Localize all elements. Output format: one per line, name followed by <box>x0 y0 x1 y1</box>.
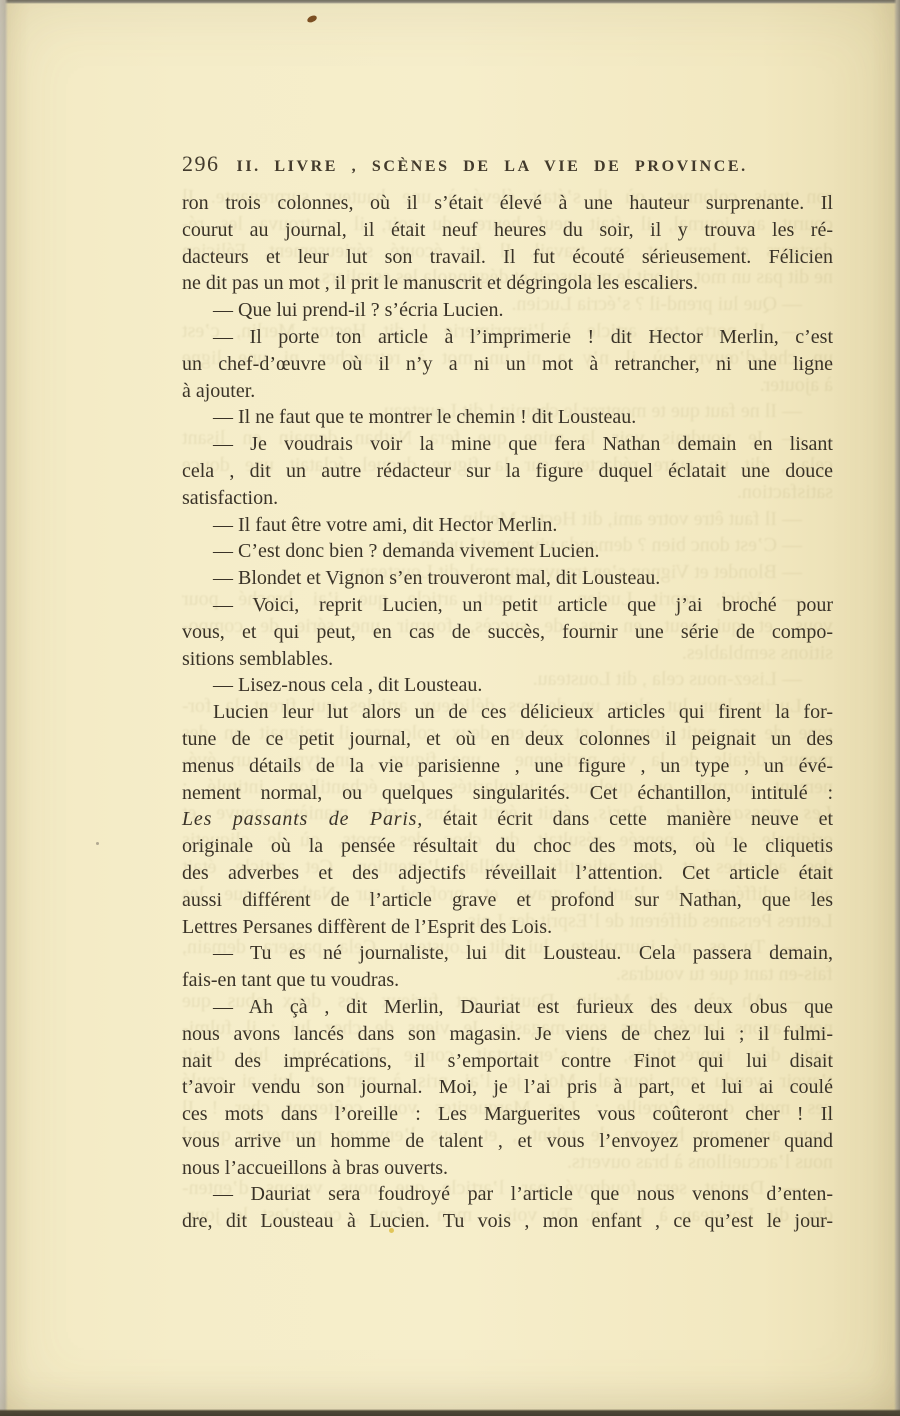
text-line: originale où la pensée résultait du choc… <box>182 833 833 860</box>
text-segment: aussi différent de l’article grave et pr… <box>182 889 833 911</box>
text-line: aussi différent de l’article grave et pr… <box>182 887 833 914</box>
text-segment: — Ah çà , dit Merlin, Dauriat est furieu… <box>213 996 833 1018</box>
text-segment: satisfaction. <box>182 487 278 509</box>
text-segment: ces mots dans l’oreille : Les Marguerite… <box>182 1103 833 1125</box>
text-line: — Il ne faut que te montrer le chemin ! … <box>182 404 833 431</box>
text-line: menus détails de la vie parisienne , une… <box>182 753 833 780</box>
text-segment: vous arrive un homme de talent , et vous… <box>182 1130 833 1152</box>
scan-edge-bottom <box>0 1409 900 1416</box>
text-segment: des adverbes et des adjectifs réveillait… <box>182 862 833 884</box>
text-line: fais-en tant que tu voudras. <box>182 967 833 994</box>
text-line: des adverbes et des adjectifs réveillait… <box>182 860 833 887</box>
text-segment: était écrit dans cette manière neuve et <box>423 808 833 830</box>
text-segment: — Il porte ton article à l’imprimerie ! … <box>213 326 833 348</box>
text-segment: sitions semblables. <box>182 648 333 670</box>
text-segment: — Il faut être votre ami, dit Hector Mer… <box>213 514 557 536</box>
text-segment: t’avoir vendu son journal. Moi, je l’ai … <box>182 1076 833 1098</box>
text-segment: Lucien leur lut alors un de ces délicieu… <box>213 701 833 723</box>
text-line: — Lisez-nous cela , dit Lousteau. <box>182 672 833 699</box>
text-segment: nait des imprécations, il s’emportait co… <box>182 1050 833 1072</box>
text-line: — Il porte ton article à l’imprimerie ! … <box>182 324 833 351</box>
text-segment: cela , dit un autre rédacteur sur la fig… <box>182 460 833 482</box>
text-line: Les passants de Paris, était écrit dans … <box>182 806 833 833</box>
text-segment: nement normal, ou quelques singularités.… <box>182 782 833 804</box>
text-line: dacteurs et leur lut son travail. Il fut… <box>182 244 833 271</box>
text-segment: dacteurs et leur lut son travail. Il fut… <box>182 246 833 268</box>
text-segment: — Que lui prend-il ? s’écria Lucien. <box>213 299 503 321</box>
text-line: — Tu es né journaliste, lui dit Lousteau… <box>182 940 833 967</box>
text-line: — Blondet et Vignon s’en trouveront mal,… <box>182 565 833 592</box>
scan-edge-top <box>0 0 900 4</box>
text-line: — Voici, reprit Lucien, un petit article… <box>182 592 833 619</box>
text-line: Lettres Persanes diffèrent de l’Esprit d… <box>182 914 833 941</box>
text-line: — Que lui prend-il ? s’écria Lucien. <box>182 297 833 324</box>
scanned-book-page: 296 II. LIVRE , SCÈNES DE LA VIE DE PROV… <box>0 0 900 1416</box>
text-line: — Il faut être votre ami, dit Hector Mer… <box>182 512 833 539</box>
text-segment: vous, et qui peut, en cas de succès, fou… <box>182 621 833 643</box>
text-segment: ron trois colonnes, où il s’était élevé … <box>182 192 833 214</box>
running-title: II. LIVRE , SCÈNES DE LA VIE DE PROVINCE… <box>237 158 748 176</box>
text-segment: fais-en tant que tu voudras. <box>182 969 399 991</box>
text-line: t’avoir vendu son journal. Moi, je l’ai … <box>182 1074 833 1101</box>
text-line: ne dit pas un mot , il prit le manuscrit… <box>182 270 833 297</box>
text-segment: — Blondet et Vignon s’en trouveront mal,… <box>213 567 660 589</box>
text-segment: — Dauriat sera foudroyé par l’article qu… <box>213 1183 833 1205</box>
paper-speck <box>96 842 99 845</box>
page-number: 296 <box>182 151 220 177</box>
text-segment: — C’est donc bien ? demanda vivement Luc… <box>213 540 600 562</box>
text-line: ron trois colonnes, où il s’était élevé … <box>182 190 833 217</box>
text-line: ces mots dans l’oreille : Les Marguerite… <box>182 1101 833 1128</box>
text-line: — Je voudrais voir la mine que fera Nath… <box>182 431 833 458</box>
text-segment: Lettres Persanes diffèrent de l’Esprit d… <box>182 916 552 938</box>
scan-edge-right <box>894 0 900 1416</box>
text-segment: un chef-d’œuvre où il n’y a ni un mot à … <box>182 353 833 375</box>
text-line: cela , dit un autre rédacteur sur la fig… <box>182 458 833 485</box>
text-line: nous l’accueillons à bras ouverts. <box>182 1155 833 1182</box>
running-head: 296 II. LIVRE , SCÈNES DE LA VIE DE PROV… <box>182 151 837 177</box>
text-segment: menus détails de la vie parisienne , une… <box>182 755 833 777</box>
text-line: satisfaction. <box>182 485 833 512</box>
text-segment: — Il ne faut que te montrer le chemin ! … <box>213 406 636 428</box>
text-segment: — Tu es né journaliste, lui dit Lousteau… <box>213 942 833 964</box>
text-segment: à ajouter. <box>182 380 255 402</box>
text-line: — Dauriat sera foudroyé par l’article qu… <box>182 1181 833 1208</box>
text-line: vous arrive un homme de talent , et vous… <box>182 1128 833 1155</box>
text-line: nous avons lancés dans son magasin. Je v… <box>182 1021 833 1048</box>
text-segment: — Lisez-nous cela , dit Lousteau. <box>213 674 482 696</box>
text-segment: tune de ce petit journal, et où en deux … <box>182 728 833 750</box>
ink-speck <box>306 15 317 24</box>
text-segment: — Voici, reprit Lucien, un petit article… <box>213 594 833 616</box>
text-line: — C’est donc bien ? demanda vivement Luc… <box>182 538 833 565</box>
text-line: à ajouter. <box>182 378 833 405</box>
text-segment: dre, dit Lousteau à Lucien. Tu vois , mo… <box>182 1210 833 1232</box>
scan-edge-left <box>0 0 8 1416</box>
text-line: nement normal, ou quelques singularités.… <box>182 780 833 807</box>
text-line: courut au journal, il était neuf heures … <box>182 217 833 244</box>
text-line: Lucien leur lut alors un de ces délicieu… <box>182 699 833 726</box>
text-segment: ne dit pas un mot , il prit le manuscrit… <box>182 272 698 294</box>
text-line: sitions semblables. <box>182 646 833 673</box>
text-line: nait des imprécations, il s’emportait co… <box>182 1048 833 1075</box>
text-line: tune de ce petit journal, et où en deux … <box>182 726 833 753</box>
text-line: vous, et qui peut, en cas de succès, fou… <box>182 619 833 646</box>
body-text: ron trois colonnes, où il s’était élevé … <box>182 190 833 1235</box>
text-segment: courut au journal, il était neuf heures … <box>182 219 833 241</box>
text-line: dre, dit Lousteau à Lucien. Tu vois , mo… <box>182 1208 833 1235</box>
text-segment: originale où la pensée résultait du choc… <box>182 835 833 857</box>
text-segment: — Je voudrais voir la mine que fera Nath… <box>213 433 833 455</box>
italic-title-text: Les passants de Paris, <box>182 808 423 830</box>
text-line: un chef-d’œuvre où il n’y a ni un mot à … <box>182 351 833 378</box>
text-segment: nous l’accueillons à bras ouverts. <box>182 1157 448 1179</box>
text-segment: nous avons lancés dans son magasin. Je v… <box>182 1023 833 1045</box>
text-line: — Ah çà , dit Merlin, Dauriat est furieu… <box>182 994 833 1021</box>
